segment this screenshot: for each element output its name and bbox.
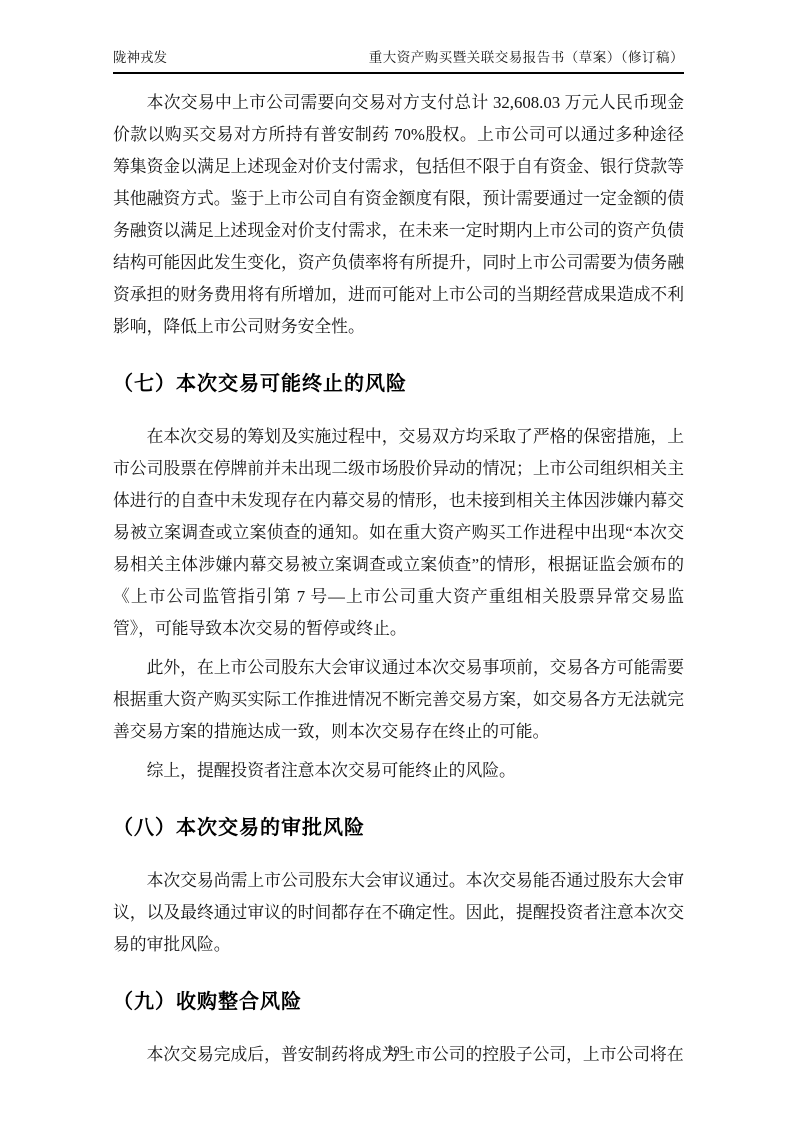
section-7-paragraph-1: 在本次交易的筹划及实施过程中，交易双方均采取了严格的保密措施，上市公司股票在停牌… bbox=[113, 421, 684, 645]
intro-paragraph: 本次交易中上市公司需要向交易对方支付总计 32,608.03 万元人民币现金价款… bbox=[113, 87, 684, 343]
page-number: 295 bbox=[387, 1044, 406, 1058]
document-page: 陇神戎发 重大资产购买暨关联交易报告书（草案）（修订稿） 本次交易中上市公司需要… bbox=[0, 0, 793, 1122]
page-footer: 295 bbox=[0, 1044, 793, 1059]
header-company-name: 陇神戎发 bbox=[113, 50, 167, 66]
section-heading-8: （八）本次交易的审批风险 bbox=[113, 814, 684, 842]
header-report-title: 重大资产购买暨关联交易报告书（草案）（修订稿） bbox=[369, 50, 684, 66]
section-8-paragraph-1: 本次交易尚需上市公司股东大会审议通过。本次交易能否通过股东大会审议，以及最终通过… bbox=[113, 865, 684, 961]
section-7-paragraph-2: 此外，在上市公司股东大会审议通过本次交易事项前，交易各方可能需要根据重大资产购买… bbox=[113, 652, 684, 748]
section-heading-9: （九）收购整合风险 bbox=[113, 988, 684, 1016]
document-body: 本次交易中上市公司需要向交易对方支付总计 32,608.03 万元人民币现金价款… bbox=[113, 87, 684, 1071]
section-7-paragraph-3: 综上，提醒投资者注意本次交易可能终止的风险。 bbox=[113, 755, 684, 787]
page-header: 陇神戎发 重大资产购买暨关联交易报告书（草案）（修订稿） bbox=[113, 50, 684, 74]
section-heading-7: （七）本次交易可能终止的风险 bbox=[113, 370, 684, 398]
